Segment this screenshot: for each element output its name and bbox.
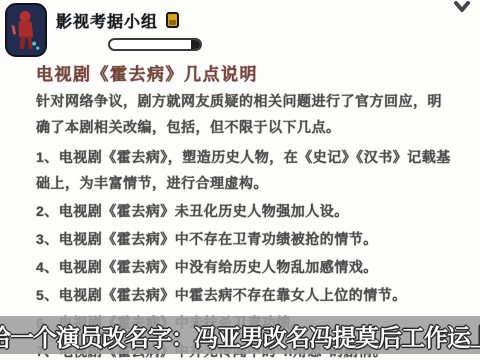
list-item: 4、电视剧《霍去病》中没有给历史人物乱加感情戏。 [36, 254, 454, 280]
level-bar [108, 38, 202, 51]
avatar[interactable] [5, 3, 47, 57]
level-bar-cap [191, 40, 200, 49]
subtitle-text: 我给一个演员改名字：冯亚男改名冯提莫后工作运上升 [0, 318, 480, 353]
list-item: 2、电视剧《霍去病》未丑化历史人物强加人设。 [36, 198, 454, 224]
list-item: 5、电视剧《霍去病》中霍去病不存在靠女人上位的情节。 [36, 282, 454, 308]
username[interactable]: 影视考据小组 [56, 9, 158, 32]
avatar-figure-icon [7, 5, 45, 55]
gold-badge-icon [166, 12, 179, 28]
post-title: 电视剧《霍去病》几点说明 [36, 60, 258, 85]
chevron-down-icon[interactable] [452, 0, 472, 16]
post-intro: 针对网络争议，剧方就网友质疑的相关问题进行了官方回应，明确了本剧相关改编，包括，… [36, 88, 452, 140]
list-item: 3、电视剧《霍去病》中不存在卫青功绩被抢的情节。 [36, 226, 454, 252]
video-frame: 影视考据小组 电视剧《霍去病》几点说明 针对网络争议，剧方就网友质疑的相关问题进… [0, 0, 480, 360]
list-item: 1、电视剧《霍去病》，塑造历史人物，在《史记》《汉书》记载基础上，为丰富情节，进… [36, 144, 454, 196]
subtitle-band: 我给一个演员改名字：冯亚男改名冯提莫后工作运上升 [0, 316, 480, 354]
